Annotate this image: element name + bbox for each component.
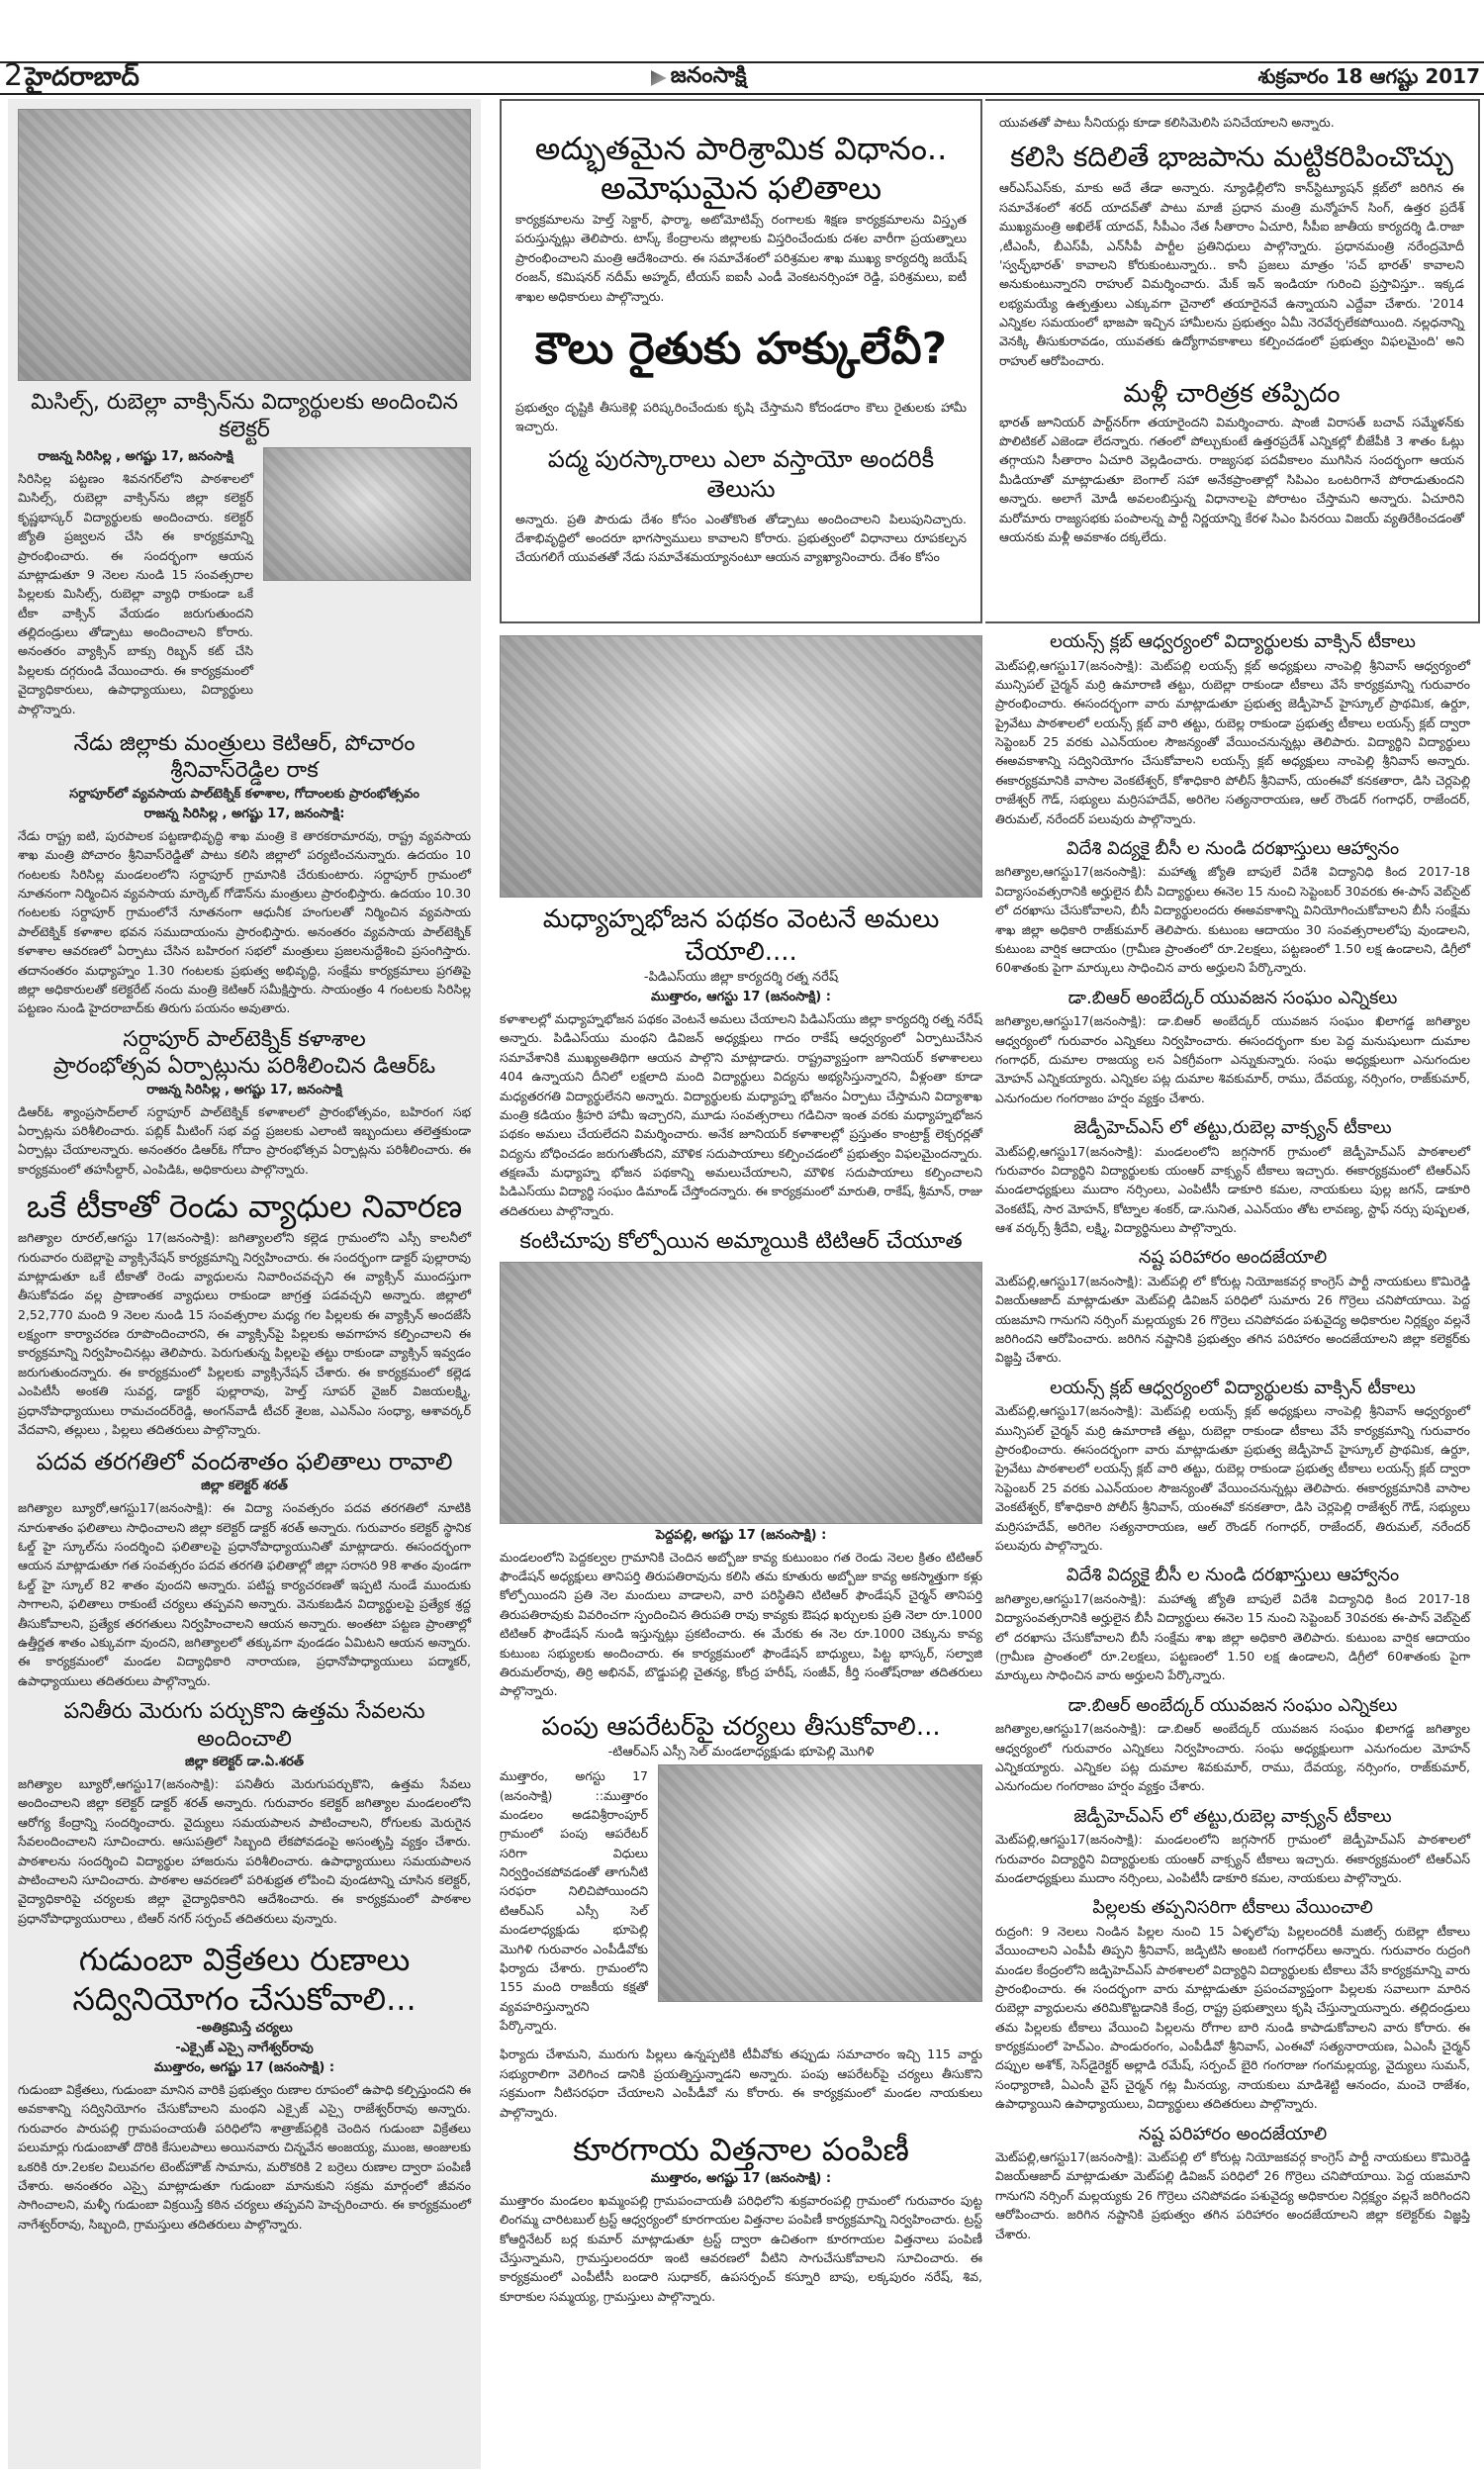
news-brief: విదేశి విద్యకై బీసీ ల నుండి దరఖాస్తులు ఆ… bbox=[995, 838, 1470, 978]
article-body: సిరిసిల్ల పట్టణం శివనగర్‌లోని పాఠశాలలో మ… bbox=[18, 469, 253, 718]
right-column: యువతతో పాటు సీనియర్లు కూడా కలిసిమెలిసి ప… bbox=[985, 99, 1480, 2253]
article-body: యువతతో పాటు సీనియర్లు కూడా కలిసిమెలిసి ప… bbox=[999, 113, 1464, 132]
news-brief: లయన్స్ క్లబ్ ఆధ్వర్యంలో విద్యార్థులకు వా… bbox=[995, 631, 1470, 828]
ttr-foundation-photo bbox=[500, 1262, 982, 1524]
headline: పద్మ పురస్కారాలు ఎలా వస్తాయో అందరికీ తెల… bbox=[515, 444, 967, 504]
article-body: మెట్‌పల్లి,ఆగస్టు17(జనంసాక్షి): మెట్‌పల్… bbox=[995, 656, 1470, 828]
headline: పనితీరు మెరుగు పర్చుకొని ఉత్తమ సేవలను అం… bbox=[18, 1698, 471, 1753]
page-number: 2 bbox=[4, 58, 23, 93]
dateline: ముత్తారం, అగష్టు 17 (జనంసాక్షి) : bbox=[18, 2060, 471, 2078]
dateline: ముత్తారం, అగష్టు 17 (జనంసాక్షి) : bbox=[500, 2171, 982, 2189]
headline: డా.బిఆర్ అంబేద్కర్ యువజన సంఘం ఎన్నికలు bbox=[995, 1695, 1470, 1718]
article-body: కార్యక్రమాలను హెల్త్ సెక్టార్, ఫార్మా, అ… bbox=[515, 210, 967, 306]
subheadline: సర్దాపూర్‌లో వ్యవసాయ పాల్‌టెక్నిక్ కళాశా… bbox=[18, 787, 471, 805]
masthead: 2 హైదరాబాద్ జనంసాక్షి శుక్రవారం 18 ఆగష్ట… bbox=[0, 61, 1484, 95]
subheadline: -టిఆర్ఎస్ ఎస్సీ సెల్ మండలాధ్యక్షుడు భూపె… bbox=[500, 1745, 982, 1762]
headline: లయన్స్ క్లబ్ ఆధ్వర్యంలో విద్యార్థులకు వా… bbox=[995, 631, 1470, 654]
news-briefs: లయన్స్ క్లబ్ ఆధ్వర్యంలో విద్యార్థులకు వా… bbox=[985, 623, 1480, 2243]
article-body: జగిత్యాల,ఆగస్టు17(జనంసాక్షి): డా.బిఆర్ అ… bbox=[995, 1719, 1470, 1796]
vaccine-photo bbox=[263, 447, 471, 581]
headline: సద్వినియోగం చేసుకోవాలి... bbox=[18, 1979, 471, 2019]
article-body: జగిత్యాల,ఆగస్టు17(జనంసాక్షి): మహాత్మ జ్య… bbox=[995, 862, 1470, 977]
subheadline: -ఎక్సైజ్ ఎస్సై నాగేశ్వర్‌రావు bbox=[18, 2041, 471, 2058]
headline: డా.బిఆర్ అంబేద్కర్ యువజన సంఘం ఎన్నికలు bbox=[995, 988, 1470, 1010]
headline: సర్దాపూర్ పాల్‌టెక్నిక్ కళాశాల bbox=[18, 1026, 471, 1054]
dateline: రాజన్న సిరిసిల్ల , అగష్టు 17, జనంసాక్షి bbox=[18, 449, 253, 467]
article-body: ఫిర్యాదు చేశామని, మురుగు పిల్లలు ఉన్నప్ప… bbox=[500, 2045, 982, 2122]
news-brief: విదేశి విద్యకై బీసీ ల నుండి దరఖాస్తులు ఆ… bbox=[995, 1565, 1470, 1684]
article-body: గుడుంబా విక్రేతలు, గుడుంబా మానిన వారికి … bbox=[18, 2080, 471, 2234]
headline: నష్ట పరిహారం అందజేయాలి bbox=[995, 2124, 1470, 2146]
issue-date: శుక్రవారం 18 ఆగష్టు 2017 bbox=[1257, 64, 1480, 93]
article-body: కళాశాలల్లో మధ్యాహ్నభోజన పథకం వెంటనే అమలు… bbox=[500, 1009, 982, 1220]
left-column: మిసిల్స్, రుబెల్లా వాక్సిన్‌ను విద్యార్థ… bbox=[8, 99, 481, 2469]
headline: విదేశి విద్యకై బీసీ ల నుండి దరఖాస్తులు ఆ… bbox=[995, 1565, 1470, 1587]
article-body: జగిత్యాల బ్యూరో,ఆగస్టు17(జనంసాక్షి): ఈ వ… bbox=[18, 1498, 471, 1690]
headline: కూరగాయ విత్తనాల పంపిణీ bbox=[500, 2130, 982, 2169]
article-body: జగిత్యాల బ్యూరో,ఆగస్టు17(జనంసాక్షి): పని… bbox=[18, 1774, 471, 1928]
article-body: డిఆర్ఓ శ్యాంప్రసాద్‌లాల్ సర్దాపూర్ పాల్‌… bbox=[18, 1102, 471, 1180]
collector-speech-photo bbox=[18, 109, 471, 381]
featured-box: అద్భుతమైన పారిశ్రామిక విధానం.. అమోఘమైన ఫ… bbox=[500, 99, 982, 623]
headline: అమోఘమైన ఫలితాలు bbox=[515, 168, 967, 208]
article-body: అన్నారు. ప్రతి పౌరుడు దేశం కోసం ఎంతోకొంత… bbox=[515, 510, 967, 567]
section-name: హైదరాబాద్ bbox=[25, 62, 139, 98]
article-body: మెట్‌పల్లి,ఆగస్టు17(జనంసాక్షి): మెట్‌పల్… bbox=[995, 1401, 1470, 1555]
paper-logo: జనంసాక్షి bbox=[651, 63, 747, 93]
dateline: రాజన్న సిరిసిల్ల , అగష్టు 17, జనంసాక్షి bbox=[18, 1083, 471, 1100]
headline: జెడ్పీహెచ్‌ఎస్ లో తట్టు,రుబెల్ల వాక్స్యన… bbox=[995, 1117, 1470, 1140]
headline: నేడు జిల్లాకు మంత్రులు కెటిఆర్, పోచారం శ… bbox=[18, 730, 471, 785]
article-body: ముత్తారం, అగస్టు 17 (జనంసాక్షి) ::ముత్తా… bbox=[500, 1766, 648, 2035]
article-body: నేడు రాష్ట్ర ఐటి, పురపాలక పట్టణాభివృద్ధి… bbox=[18, 826, 471, 1018]
news-brief: డా.బిఆర్ అంబేద్కర్ యువజన సంఘం ఎన్నికలు జ… bbox=[995, 1695, 1470, 1796]
subheadline: -అతిక్రమిస్తే చర్యలు bbox=[18, 2021, 471, 2039]
headline: కలిసి కదిలితే భాజపాను మట్టికరిపించొచ్చు bbox=[999, 140, 1464, 174]
subheadline: జిల్లా కలెక్టర్ శరత్ bbox=[18, 1478, 471, 1496]
headline: నష్ట పరిహారం అందజేయాలి bbox=[995, 1247, 1470, 1270]
article-body: ప్రభుత్వం దృష్టికి తీసుకెళ్లి పరిష్కరించ… bbox=[515, 398, 967, 436]
headline: అద్భుతమైన పారిశ్రామిక విధానం.. bbox=[515, 129, 967, 168]
headline: జెడ్పీహెచ్‌ఎస్ లో తట్టు,రుబెల్ల వాక్స్యన… bbox=[995, 1806, 1470, 1829]
dateline: ముత్తారం, ఆగస్టు 17 (జనంసాక్షి) : bbox=[500, 990, 982, 1007]
headline: ఒకే టీకాతో రెండు వ్యాధుల నివారణ bbox=[18, 1187, 471, 1226]
dateline: పెద్దపల్లి, అగష్టు 17 (జనంసాక్షి) : bbox=[500, 1528, 982, 1546]
headline: విదేశి విద్యకై బీసీ ల నుండి దరఖాస్తులు ఆ… bbox=[995, 838, 1470, 861]
article-body: రుద్రంగి: 9 నెలలు నిండిన పిల్లల నుంచి 15… bbox=[995, 1922, 1470, 2114]
article-body: జగిత్యాల,ఆగస్టు17(జనంసాక్షి): మహాత్మ జ్య… bbox=[995, 1589, 1470, 1685]
newspaper-page: 2 హైదరాబాద్ జనంసాక్షి శుక్రవారం 18 ఆగష్ట… bbox=[0, 0, 1484, 2475]
subheadline: -పిడిఎస్‌యు జిల్లా కార్యదర్శి రత్న నరేష్ bbox=[500, 970, 982, 988]
article-body: ముత్తారం మండలం ఖమ్మంపల్లి గ్రామపంచాయతీ ప… bbox=[500, 2191, 982, 2306]
article-body: భారత్ జూనియర్ పార్ట్‌నర్‌గా తయారైందని వి… bbox=[999, 413, 1464, 547]
news-brief: నష్ట పరిహారం అందజేయాలి మెట్‌పల్లి,ఆగస్టు… bbox=[995, 1247, 1470, 1367]
headline: గుడుంబా విక్రేతలు రుణాలు bbox=[18, 1940, 471, 1979]
headline: మధ్యాహ్నభోజన పథకం వెంటనే అమలు చేయాలి.... bbox=[500, 904, 982, 968]
article-body: మెట్‌పల్లి,ఆగస్టు17(జనంసాక్షి): మండలంలోన… bbox=[995, 1142, 1470, 1238]
headline: పదవ తరగతిలో వందశాతం ఫలితాలు రావాలి bbox=[18, 1447, 471, 1476]
headline: మళ్లీ చారిత్రక తప్పిదం bbox=[999, 378, 1464, 411]
headline: మిసిల్స్, రుబెల్లా వాక్సిన్‌ను విద్యార్థ… bbox=[18, 389, 471, 443]
page-section: 2 హైదరాబాద్ bbox=[4, 58, 139, 98]
subheadline: జిల్లా కలెక్టర్ డా.ఏ.శరత్ bbox=[18, 1755, 471, 1772]
news-brief: లయన్స్ క్లబ్ ఆధ్వర్యంలో విద్యార్థులకు వా… bbox=[995, 1378, 1470, 1556]
article-body: జగిత్యాల రూరల్,ఆగస్టు 17(జనంసాక్షి): జగి… bbox=[18, 1228, 471, 1439]
article-body: మెట్‌పల్లి,ఆగస్టు17(జనంసాక్షి): మెట్‌పల్… bbox=[995, 1272, 1470, 1368]
headline: ప్రారంభోత్సవ ఏర్పాట్లును పరిశీలించిన డిఆ… bbox=[18, 1053, 471, 1081]
article-body: ఆర్ఎస్ఎస్‌కు, మాకు అదే తేడా అన్నారు. న్య… bbox=[999, 178, 1464, 370]
headline: కౌలు రైతుకు హక్కులేవీ? bbox=[515, 322, 967, 376]
news-brief: డా.బిఆర్ అంబేద్కర్ యువజన సంఘం ఎన్నికలు జ… bbox=[995, 988, 1470, 1107]
headline: కంటిచూపు కోల్పోయిన అమ్మాయికి టిటిఆర్ చేయ… bbox=[500, 1228, 982, 1256]
article-body: జగిత్యాల,ఆగస్టు17(జనంసాక్షి): డా.బిఆర్ అ… bbox=[995, 1011, 1470, 1107]
middle-column: అద్భుతమైన పారిశ్రామిక విధానం.. అమోఘమైన ఫ… bbox=[500, 99, 982, 2314]
pdsu-group-photo bbox=[500, 635, 982, 898]
dateline: రాజన్న సిరిసిల్ల , అగష్టు 17, జనంసాక్షి: bbox=[18, 807, 471, 824]
news-brief: నష్ట పరిహారం అందజేయాలి మెట్‌పల్లి,ఆగస్టు… bbox=[995, 2124, 1470, 2243]
news-brief: పిల్లలకు తప్పనిసరిగా టీకాలు వేయించాలి రు… bbox=[995, 1897, 1470, 2113]
article-body: మెట్‌పల్లి,ఆగస్టు17(జనంసాక్షి): మండలంలోన… bbox=[995, 1830, 1470, 1887]
paper-name: జనంసాక్షి bbox=[671, 63, 747, 93]
logo-icon bbox=[651, 70, 667, 86]
news-brief: జెడ్పీహెచ్‌ఎస్ లో తట్టు,రుబెల్ల వాక్స్యన… bbox=[995, 1806, 1470, 1888]
article-body: మెట్‌పల్లి,ఆగస్టు17(జనంసాక్షి): మెట్‌పల్… bbox=[995, 2147, 1470, 2243]
complaint-photo bbox=[658, 1764, 982, 2002]
article-body: మండలంలోని పెద్దకల్వల గ్రామానికి చెందిన అ… bbox=[500, 1548, 982, 1701]
headline: పంపు ఆపరేటర్‌పై చర్యలు తీసుకోవాలి... bbox=[500, 1711, 982, 1744]
politics-box: యువతతో పాటు సీనియర్లు కూడా కలిసిమెలిసి ప… bbox=[985, 99, 1480, 623]
headline: పిల్లలకు తప్పనిసరిగా టీకాలు వేయించాలి bbox=[995, 1897, 1470, 1920]
headline: లయన్స్ క్లబ్ ఆధ్వర్యంలో విద్యార్థులకు వా… bbox=[995, 1378, 1470, 1400]
news-brief: జెడ్పీహెచ్‌ఎస్ లో తట్టు,రుబెల్ల వాక్స్యన… bbox=[995, 1117, 1470, 1237]
